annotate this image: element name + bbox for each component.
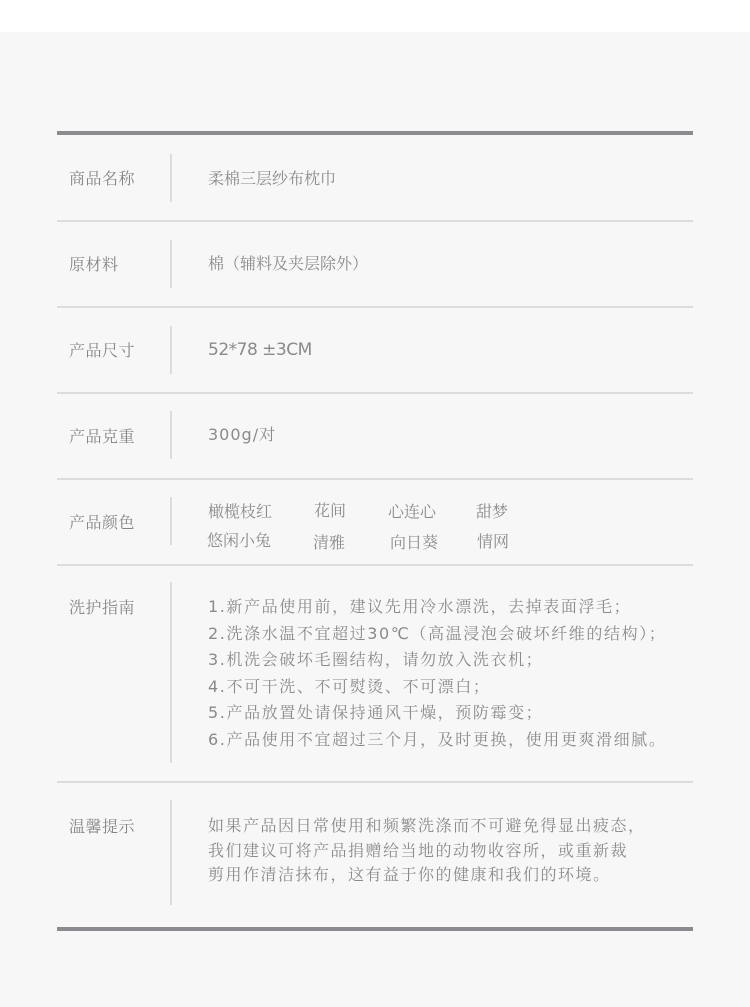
row-divider	[57, 392, 693, 394]
care-line: 5.产品放置处请保持通风干燥，预防霉变；	[208, 700, 666, 727]
spec-value: 300g/对	[208, 425, 276, 445]
care-line: 2.洗涤水温不宜超过30℃（高温浸泡会破坏纤维的结构）；	[208, 621, 666, 648]
tips-text: 如果产品因日常使用和频繁洗涤而不可避免得显出疲态， 我们建议可将产品捐赠给当地的…	[208, 814, 646, 888]
column-separator	[170, 326, 172, 374]
spec-label: 洗护指南	[69, 598, 135, 618]
care-line: 4.不可干洗、不可熨烫、不可漂白；	[208, 674, 666, 701]
care-line: 6.产品使用不宜超过三个月，及时更换，使用更爽滑细腻。	[208, 727, 666, 754]
spec-value: 柔棉三层纱布枕巾	[208, 169, 336, 189]
color-option: 清雅	[313, 533, 345, 553]
spec-value: 52*78 ±3CM	[208, 340, 312, 360]
table-bottom-rule	[57, 927, 693, 931]
spec-label: 原材料	[69, 255, 119, 275]
spec-label: 商品名称	[69, 169, 135, 189]
spec-label: 产品克重	[69, 427, 135, 447]
care-line: 3.机洗会破坏毛圈结构，请勿放入洗衣机；	[208, 647, 666, 674]
column-separator	[170, 800, 172, 905]
color-option: 橄榄枝红	[208, 502, 272, 522]
care-instructions: 1.新产品使用前，建议先用冷水漂洗，去掉表面浮毛； 2.洗涤水温不宜超过30℃（…	[208, 594, 666, 753]
color-option: 甜梦	[476, 502, 508, 522]
row-divider	[57, 220, 693, 222]
row-divider	[57, 564, 693, 566]
column-separator	[170, 154, 172, 202]
column-separator	[170, 240, 172, 288]
spec-label: 产品颜色	[69, 513, 135, 533]
row-divider	[57, 478, 693, 480]
tips-line: 我们建议可将产品捐赠给当地的动物收容所，或重新裁	[208, 839, 646, 864]
column-separator	[170, 411, 172, 459]
spec-value: 棉（辅料及夹层除外）	[208, 254, 368, 274]
tips-line: 如果产品因日常使用和频繁洗涤而不可避免得显出疲态，	[208, 814, 646, 839]
spec-label: 产品尺寸	[69, 341, 135, 361]
care-line: 1.新产品使用前，建议先用冷水漂洗，去掉表面浮毛；	[208, 594, 666, 621]
color-option: 心连心	[388, 502, 436, 522]
column-separator	[170, 497, 172, 545]
row-divider	[57, 306, 693, 308]
color-option: 悠闲小兔	[207, 531, 271, 551]
column-separator	[170, 582, 172, 763]
spec-label: 温馨提示	[69, 817, 135, 837]
color-option: 花间	[314, 501, 346, 521]
color-option: 情网	[477, 532, 509, 552]
color-option: 向日葵	[390, 533, 438, 553]
row-divider	[57, 781, 693, 783]
tips-line: 剪用作清洁抹布，这有益于你的健康和我们的环境。	[208, 863, 646, 888]
table-top-rule	[57, 131, 693, 135]
